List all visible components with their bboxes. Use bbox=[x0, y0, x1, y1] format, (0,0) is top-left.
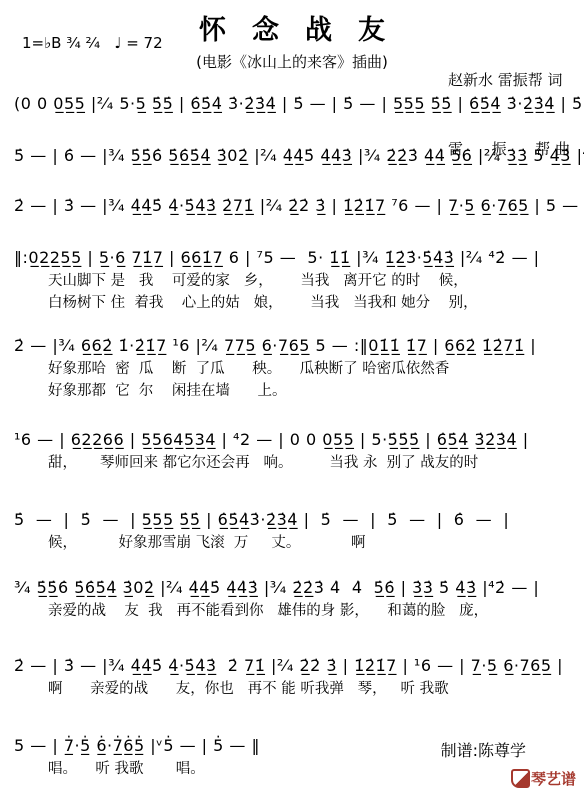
score-system: 2̇ — |³⁄₄ 6̲6̲2̲̇ 1̇·2̲̇1̲̇7̲ ¹6 |²⁄₄ 7̲… bbox=[14, 334, 576, 402]
score-system: ‖:0̲2̲2̲5̲5̲ | 5̲·6̲ 7̲1̲̇7̲ | 6̲6̲1̲̇7̲… bbox=[14, 246, 576, 314]
score-system: ¹6 — | 6̲2̲2̲6̲6̲ | 5̲5̲6̲4̲5̲3̲4̲ | ⁴2 … bbox=[14, 428, 576, 474]
qinyipu-logo-icon bbox=[511, 769, 530, 788]
lyric-line-verse2: 好象那都 它 尔 闲挂在墙 上。 bbox=[48, 380, 576, 402]
lyric-line: 唱。 听 我歌 唱。 bbox=[48, 758, 576, 780]
lyric-line-verse1: 好象那哈 密 瓜 断 了瓜 秧。 瓜秧断了 哈密瓜依然香 bbox=[48, 358, 576, 380]
arranger-credit: 制谱:陈尊学 bbox=[441, 738, 526, 761]
lyric-line: 甜， 琴师回来 都它尔还会再 响。 当我 永 别了 战友的时 bbox=[48, 452, 576, 474]
score-system: 2̇ — | 3̇ — |³⁄₄ 4̲̇4̲̇5̇ 4̲̇·5̲̇4̲̇3̲̇ … bbox=[14, 654, 576, 700]
lyric-line: 亲爱的战 友 我 再不能看到你 雄伟的身 影， 和蔼的脸 庞， bbox=[48, 600, 576, 622]
sheet-music-page: 1=♭B ³⁄₄ ²⁄₄ ♩ = 72 怀念战友 (电影《冰山上的来客》插曲) … bbox=[0, 0, 584, 798]
qinyipu-watermark: 琴艺谱 bbox=[511, 768, 576, 789]
notation-line: ¹6 — | 6̲2̲2̲6̲6̲ | 5̲5̲6̲4̲5̲3̲4̲ | ⁴2 … bbox=[14, 428, 576, 452]
notation-line: 2̇ — |³⁄₄ 6̲6̲2̲̇ 1̇·2̲̇1̲̇7̲ ¹6 |²⁄₄ 7̲… bbox=[14, 334, 576, 358]
notation-line: 2̇ — | 3̇ — |³⁄₄ 4̲̇4̲̇5̇ 4̲̇·5̲̇4̲̇3̲̇ … bbox=[14, 654, 576, 678]
notation-line: 5̇ — | 5̇ — | 5̲5̲5̲ 5̲̇5̲̇ | 6̲̇5̲̇4̲̇3… bbox=[14, 508, 576, 532]
lyric-line-verse1: 天山脚下 是 我 可爱的家 乡， 当我 离开它 的时 候， bbox=[48, 270, 576, 292]
key-and-tempo: 1=♭B ³⁄₄ ²⁄₄ ♩ = 72 bbox=[22, 34, 163, 52]
score-system: ³⁄₄ 5̲̇5̲̇6̇ 5̲̇6̲̇5̲̇4̲̇ 3̲̇02̲̇ |²⁄₄ 4… bbox=[14, 576, 576, 622]
qinyipu-logo-text: 琴艺谱 bbox=[531, 768, 576, 789]
lyric-line: 候， 好象那雪崩 飞滚 万 丈。 啊 bbox=[48, 532, 576, 554]
notation-line: ³⁄₄ 5̲̇5̲̇6̇ 5̲̇6̲̇5̲̇4̲̇ 3̲̇02̲̇ |²⁄₄ 4… bbox=[14, 576, 576, 600]
lyric-line: 啊 亲爱的战 友，你也 再不 能 听我弹 琴， 听 我歌 bbox=[48, 678, 576, 700]
header: 1=♭B ³⁄₄ ²⁄₄ ♩ = 72 怀念战友 (电影《冰山上的来客》插曲) … bbox=[0, 0, 584, 92]
score-system: 5̇ — | 5̇ — | 5̲5̲5̲ 5̲̇5̲̇ | 6̲̇5̲̇4̲̇3… bbox=[14, 508, 576, 554]
composer-credit: 雷 振 帮 曲 bbox=[448, 138, 570, 161]
credits: 赵新水 雷振帮 词 雷 振 帮 曲 bbox=[448, 22, 570, 208]
notation-line: ‖:0̲2̲2̲5̲5̲ | 5̲·6̲ 7̲1̲̇7̲ | 6̲6̲1̲̇7̲… bbox=[14, 246, 576, 270]
lyricist-credit: 赵新水 雷振帮 词 bbox=[448, 69, 570, 92]
lyric-line-verse2: 白杨树下 住 着我 心上的姑 娘， 当我 当我和 她分 别， bbox=[48, 292, 576, 314]
